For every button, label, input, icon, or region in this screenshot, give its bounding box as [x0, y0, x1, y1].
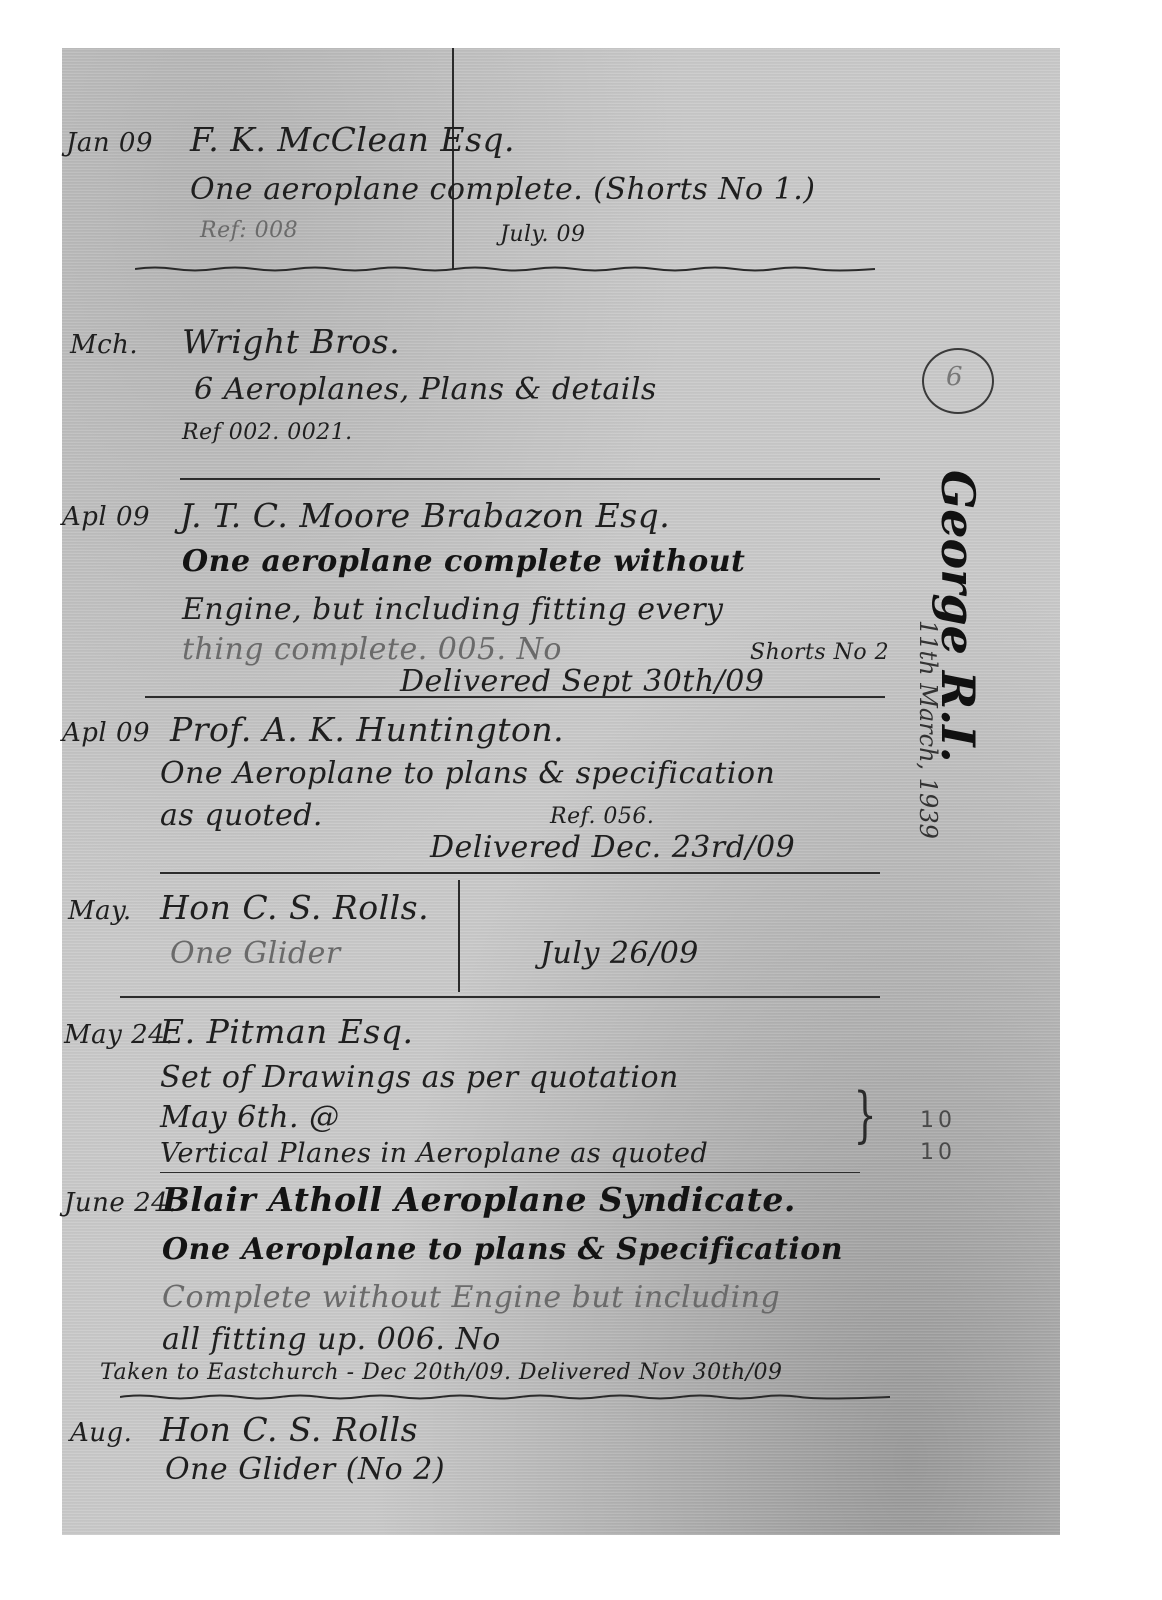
page-number-circle: 6 — [922, 348, 994, 414]
entry-date: Apl 09 — [62, 502, 150, 532]
entry-ref: Ref: 008 — [200, 218, 298, 243]
entry-separator — [120, 996, 880, 998]
entry-amount: 10 — [920, 1140, 956, 1165]
entry-customer: Hon C. S. Rolls. — [160, 888, 429, 927]
entry-customer: J. T. C. Moore Brabazon Esq. — [180, 496, 670, 535]
entry-delivery: Delivered Dec. 23rd/09 — [430, 830, 795, 865]
entry-delivery: Delivered Sept 30th/09 — [400, 664, 764, 699]
entry-line: Vertical Planes in Aeroplane as quoted — [160, 1138, 708, 1169]
entry-right-date: July. 09 — [500, 222, 586, 247]
entry-right-date: July 26/09 — [540, 936, 699, 971]
entry-separator — [135, 266, 875, 272]
entry-line: 6 Aeroplanes, Plans & details — [194, 372, 657, 407]
entry-date: May 24. — [64, 1020, 174, 1050]
entry-separator — [145, 696, 885, 698]
entry-model: Shorts No 2 — [750, 640, 889, 665]
entry-line: One Glider (No 2) — [165, 1452, 445, 1487]
entry-delivery: Taken to Eastchurch - Dec 20th/09. Deliv… — [100, 1360, 783, 1385]
entry-line: One Aeroplane to plans & specification — [160, 756, 775, 791]
entry-date: June 24. — [64, 1188, 177, 1218]
column-divider-top — [452, 48, 454, 270]
entry-line: Set of Drawings as per quotation — [160, 1060, 679, 1095]
entry-line: One Glider — [170, 936, 341, 971]
entry-customer: Wright Bros. — [182, 322, 400, 361]
bracket: } — [854, 1080, 877, 1150]
entry-date: Aug. — [70, 1418, 132, 1448]
entry-ref: Ref. 056. — [550, 804, 654, 829]
entry-separator — [180, 478, 880, 480]
entry-customer: Hon C. S. Rolls — [160, 1410, 418, 1449]
entry-line: Complete without Engine but including — [162, 1280, 780, 1315]
entry-line: thing complete. 005. No — [182, 632, 562, 667]
entry-line: May 6th. @ — [160, 1100, 340, 1135]
entry-line: One Aeroplane to plans & Specification — [162, 1232, 843, 1267]
entry-separator — [160, 872, 880, 874]
entry-customer: E. Pitman Esq. — [160, 1012, 413, 1051]
entry-date: Jan 09 — [66, 128, 153, 158]
entry-customer: Prof. A. K. Huntington. — [170, 710, 564, 749]
entry-underline — [160, 1172, 860, 1173]
entry-line: Engine, but including fitting every — [182, 592, 724, 627]
entry-line: as quoted. — [160, 798, 323, 833]
entry-date: May. — [68, 896, 132, 926]
entry-customer: F. K. McClean Esq. — [190, 120, 515, 159]
entry-date: Apl 09 — [62, 718, 150, 748]
entry-ref: Ref 002. 0021. — [182, 420, 353, 445]
entry-line: all fitting up. 006. No — [162, 1322, 501, 1357]
entry-customer: Blair Atholl Aeroplane Syndicate. — [162, 1180, 796, 1219]
entry-separator — [120, 1394, 890, 1400]
entry-date: Mch. — [70, 330, 138, 360]
column-divider-rolls — [458, 880, 460, 992]
entry-line: One aeroplane complete without — [182, 544, 745, 579]
page-number: 6 — [946, 362, 963, 392]
entry-line: One aeroplane complete. (Shorts No 1.) — [190, 172, 815, 207]
entry-amount: 10 — [920, 1108, 956, 1133]
signature-date: 11th March, 1939 — [914, 620, 942, 839]
